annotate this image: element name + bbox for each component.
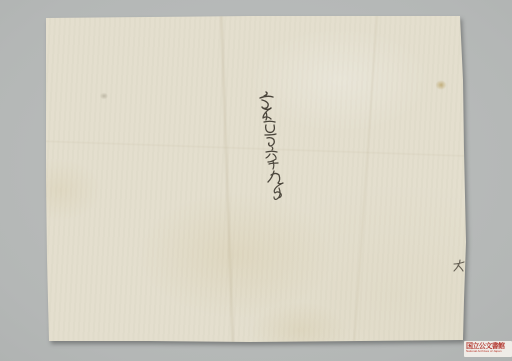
- paper-shadow: 高〆四万六千九〆 大: [0, 0, 512, 361]
- document-paper: 高〆四万六千九〆 大: [0, 0, 512, 361]
- edge-mark-ink: [452, 258, 466, 274]
- watermark-japanese-label: 国立公文書館: [466, 342, 511, 350]
- archives-watermark: 国立公文書館 National Archives of Japan: [464, 341, 512, 357]
- calligraphy-ink: [252, 86, 294, 200]
- watermark-english-label: National Archives of Japan: [466, 350, 511, 353]
- scan-background: 高〆四万六千九〆 大 国立公文書館 National Archives of J…: [0, 0, 512, 361]
